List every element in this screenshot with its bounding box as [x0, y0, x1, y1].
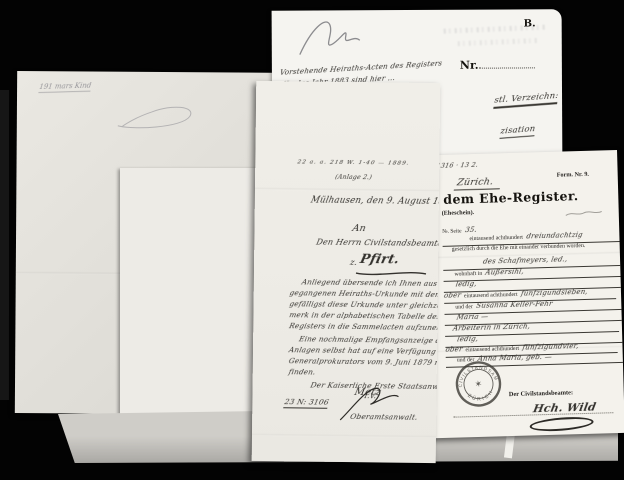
handwritten-letter: 22 a. a. 218 W. 1-40 — 1889. (Anlage 2.)… — [252, 81, 441, 463]
form-number: Form. Nr. 9. — [557, 171, 589, 179]
letter-place-name: Pfirt. — [358, 252, 400, 267]
small-scribble — [564, 206, 604, 219]
handwritten-flourish — [296, 14, 366, 58]
row-printed-text: eintausend achthundert — [464, 292, 518, 299]
row-handwritten-pre: ober — [443, 291, 461, 300]
star-icon: ✶ — [474, 378, 483, 389]
row-handwritten-entry: ledig, — [456, 335, 478, 344]
row-handwritten-entry: Außersihl, — [484, 268, 524, 277]
row-printed-text: wohnhaft in — [454, 271, 482, 278]
scanned-documents-photo: 191 mars Kind B. Vorstehende Heiraths-Ac… — [0, 0, 624, 480]
letter-salutation: An — [351, 223, 367, 234]
official-label: Der Civilstandsbeamte: — [509, 389, 573, 398]
row-handwritten-entry: Maria — — [456, 313, 489, 322]
letter-body-line: finden. — [288, 367, 317, 376]
letter-dateline: Mülhausen, den 9. August 1883. — [310, 196, 441, 208]
letter-place-prefix: z. — [349, 258, 358, 267]
letter-body-line: Anlagen selbst hat auf eine Verfügung de… — [288, 345, 440, 356]
letter-reference-line: 22 a. a. 218 W. 1-40 — 1889. — [297, 159, 410, 166]
letter-signature: Metz — [353, 387, 382, 398]
row-handwritten-entry: Susanna Keller-Fehr — [475, 300, 553, 310]
row-handwritten-entry: dreiundachtzig — [525, 231, 583, 241]
row-handwritten-entry: ledig, — [455, 280, 477, 289]
form-title: dem Ehe-Register. — [443, 188, 579, 207]
handwritten-fragment-2: zisation — [499, 124, 535, 139]
handwritten-fragment-1: stl. Verzeichn: — [493, 91, 559, 109]
letter-signer-title: Oberamtsanwalt. — [349, 412, 418, 422]
civil-office-stamp: CIVILSTANDSAMT ZÜRICH ✶ — [450, 356, 507, 413]
letter-body-line: merk in der alphabetischen Tabelle des b… — [288, 310, 440, 321]
letter-body-line: Registers in die Sammelacten aufzunehmen… — [288, 321, 440, 332]
paper-crease — [252, 433, 436, 438]
signature-flourish-ellipse — [529, 415, 594, 433]
pencil-note: 191 mars Kind — [38, 82, 91, 93]
ghost-print-line — [458, 38, 538, 46]
form-corner-note: 1316 · 13 2. — [436, 161, 479, 170]
paper-crease — [255, 187, 439, 192]
letter-body-line: Eine nochmalige Empfangsanzeige dieser U… — [298, 334, 440, 345]
letter-anlage-note: (Anlage 2.) — [334, 174, 372, 181]
ghost-print-line — [444, 25, 548, 34]
row-handwritten-entry: fünfzigundsieben, — [520, 288, 588, 298]
faint-oval-flourish — [112, 100, 198, 135]
letter-body-line: gefälligst diese Urkunde unter gleichzei… — [289, 299, 441, 310]
form-subtitle: (Eheschein). — [442, 209, 475, 217]
page-edge-shadow — [0, 90, 9, 400]
row-handwritten-entry: Arbeiterin in Zürich, — [452, 322, 531, 332]
row-printed-text: eintausend achthundert — [469, 235, 523, 242]
letter-reference-number: 23 N: 3106 — [283, 397, 330, 409]
letter-body-line: gegangenen Heiraths-Urkunde mit dem Ersu — [289, 288, 441, 299]
nr-label: Nr. — [460, 59, 479, 72]
letter-body-line: Anliegend übersende ich Ihnen aus mei — [301, 277, 440, 288]
nr-field: Nr. — [460, 55, 535, 73]
form-place-handwritten: Zürich. — [454, 176, 503, 190]
letter-addressee: Den Herrn Civilstandsbeamten — [315, 238, 440, 249]
row-printed-text: und der — [455, 304, 473, 310]
nr-blank-line — [479, 59, 535, 68]
letter-body-line: Generalprokurators vom 9. Juni 1879 nich… — [288, 356, 440, 367]
